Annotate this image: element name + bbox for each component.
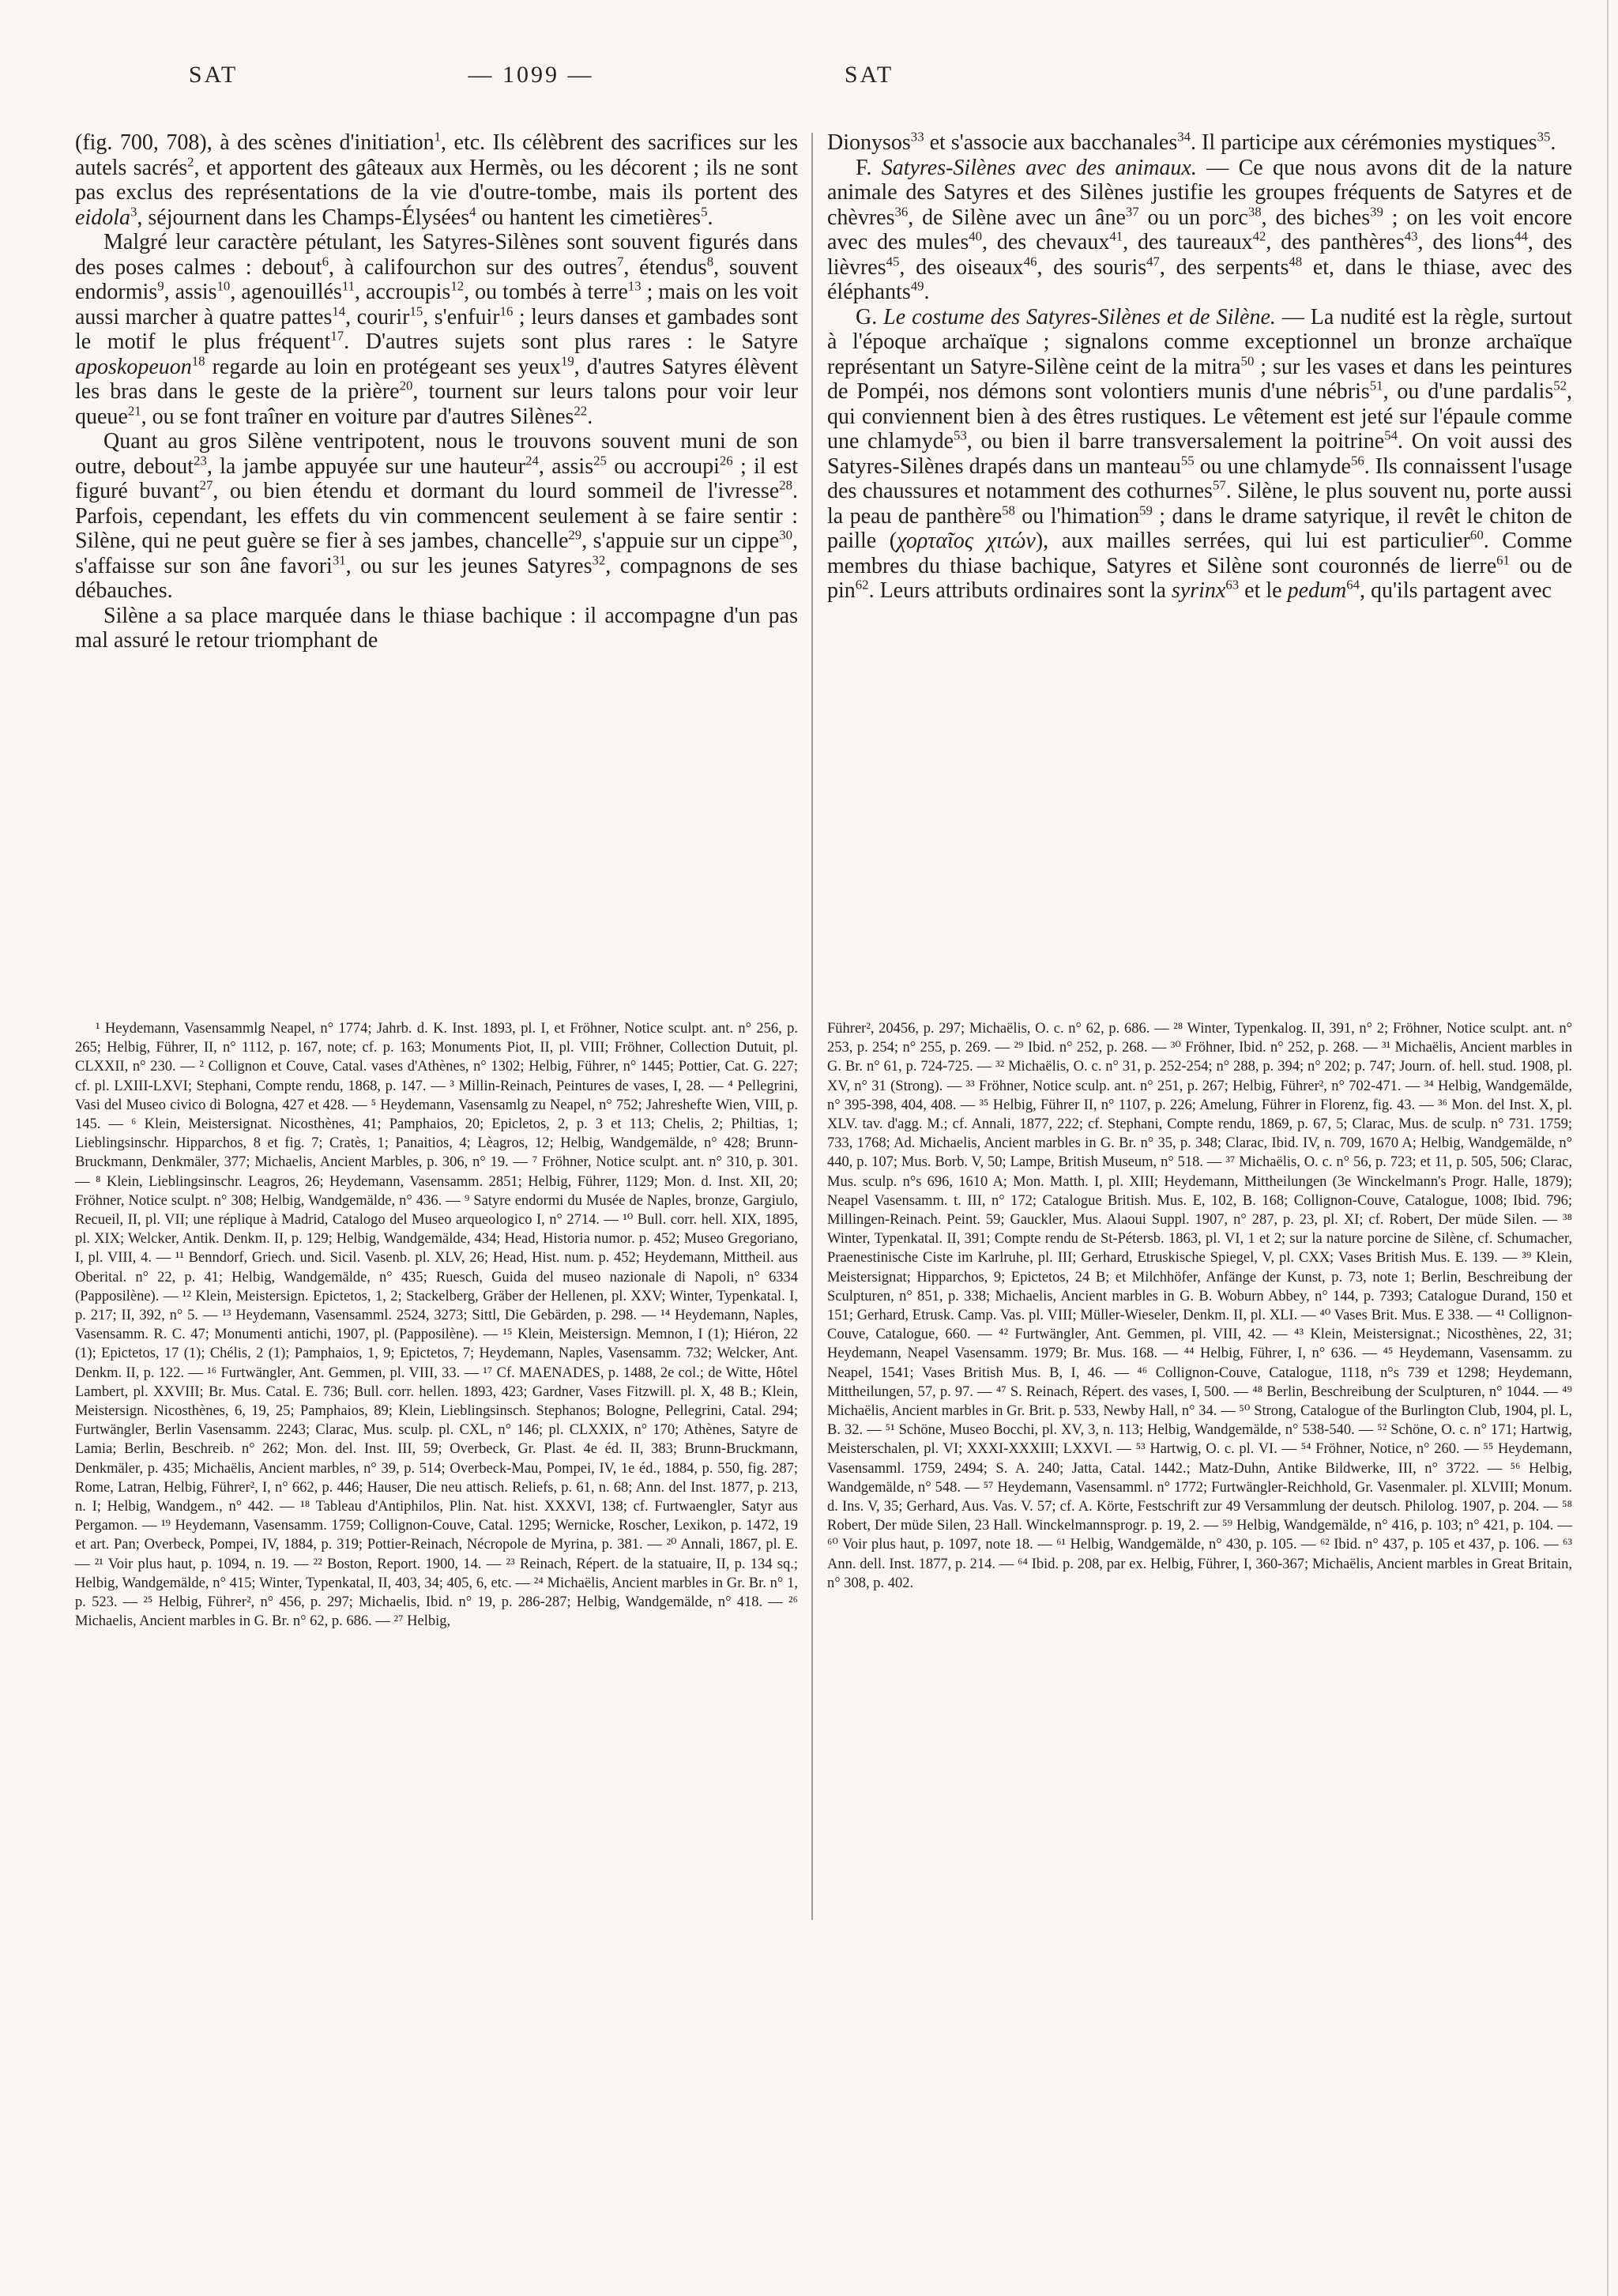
paragraph-heading-f: F. Satyres-Silènes avec des animaux. — C… xyxy=(827,156,1572,305)
dictionary-page: SAT — 1099 — SAT (fig. 700, 708), à des … xyxy=(0,0,1618,2296)
column-divider xyxy=(811,133,813,1920)
running-head-left: SAT xyxy=(189,62,238,88)
paragraph: Malgré leur caractère pétulant, les Saty… xyxy=(75,230,798,429)
paragraph: Silène a sa place marquée dans le thiase… xyxy=(75,604,798,653)
main-column-left: (fig. 700, 708), à des scènes d'initiati… xyxy=(75,130,798,653)
paragraph-heading-g: G. Le costume des Satyres-Silènes et de … xyxy=(827,305,1572,604)
running-head-right: SAT xyxy=(845,62,894,88)
page-number: — 1099 — xyxy=(468,62,594,88)
footnotes-left: ¹ Heydemann, Vasensammlg Neapel, n° 1774… xyxy=(75,1019,798,1632)
scan-edge-artifact xyxy=(1607,0,1609,2296)
paragraph: Quant au gros Silène ventripotent, nous … xyxy=(75,429,798,604)
footnotes-right: Führer², 20456, p. 297; Michaëlis, O. c.… xyxy=(827,1019,1572,1593)
paragraph: (fig. 700, 708), à des scènes d'initiati… xyxy=(75,130,798,230)
main-column-right: Dionysos33 et s'associe aux bacchanales3… xyxy=(827,130,1572,604)
paragraph: Dionysos33 et s'associe aux bacchanales3… xyxy=(827,130,1572,156)
